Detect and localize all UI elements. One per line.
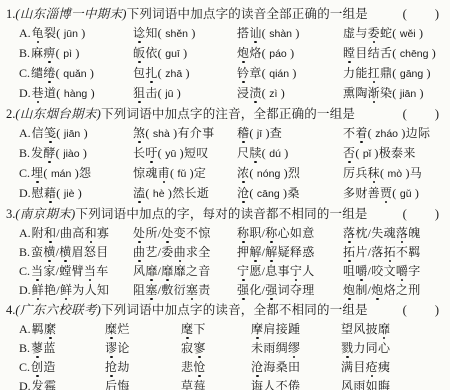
word-item: 蓼蓝 xyxy=(31,341,56,355)
word-item: 慰藉( jiè ) xyxy=(32,186,82,200)
option-label: D. xyxy=(19,86,31,100)
option-cell: 炮制/炮烙之刑 xyxy=(343,281,442,300)
question-header: 4.(广东六校联考)下列词语中加点字的读音，全都不相同的一组是( ) xyxy=(6,301,442,320)
option-cell: 满目疮痍 xyxy=(341,358,442,377)
word-item: 巷道( hàng ) xyxy=(32,86,95,100)
dotted-char: 笺 xyxy=(44,126,56,140)
option-cell: 否( pǐ )极泰来 xyxy=(343,144,442,164)
word-item: 满目疮痍 xyxy=(341,360,390,374)
word-item: 处所/处变不惊 xyxy=(133,226,211,240)
option-cell: C.当家/螳臂当车 xyxy=(19,262,133,281)
option-cell: C.埋( mán )怨 xyxy=(19,164,133,184)
dotted-char: 落 xyxy=(396,226,408,240)
option-row: A.龟裂( jūn )谂知( shěn )搭讪( shàn )虚与委蛇( wěi… xyxy=(6,24,442,44)
option-cell: 押解/解疑释惑 xyxy=(237,243,343,262)
dotted-char: 谬 xyxy=(105,341,117,355)
dotted-char: 强 xyxy=(237,283,249,297)
word-item: 抢劫 xyxy=(105,360,130,374)
dotted-char: 皈 xyxy=(133,46,145,60)
word-item: 糜烂 xyxy=(105,322,130,336)
word-item: 惊魂甫( fǔ )定 xyxy=(133,166,206,180)
dotted-char: 缪 xyxy=(288,341,300,355)
option-row: A.羁縻糜烂麾下摩肩接踵望风披靡 xyxy=(6,320,442,339)
pinyin-text: jī xyxy=(257,128,262,140)
option-label: D. xyxy=(19,379,31,390)
option-row: C.缱绻( quǎn )包扎( zhā )钤章( qián )力能扛鼎( gān… xyxy=(6,64,442,84)
answer-brackets: ( ) xyxy=(403,301,442,320)
question-number: 4. xyxy=(6,301,15,320)
pinyin-text: gǔ xyxy=(400,188,412,200)
dotted-char: 甫 xyxy=(158,166,170,180)
option-cell: 多财善贾( gǔ ) xyxy=(343,184,442,204)
option-cell: 戮力同心 xyxy=(341,339,442,358)
pinyin-text: pì xyxy=(63,48,72,60)
dotted-char: 秣 xyxy=(368,166,380,180)
option-row: B.麻痹( pì )皈依( guī )炮烙( páo )瞠目结舌( chēng … xyxy=(6,44,442,64)
dotted-char: 绻 xyxy=(43,66,55,80)
dotted-char: 宁 xyxy=(290,264,302,278)
option-cell: A.信笺( jiān ) xyxy=(19,124,133,144)
dotted-char: 煞 xyxy=(133,126,145,140)
question-number: 2. xyxy=(6,105,15,124)
pinyin-text: yū xyxy=(165,148,176,160)
answer-brackets: ( ) xyxy=(403,5,442,24)
dotted-char: 藉 xyxy=(44,186,56,200)
dotted-char: 和 xyxy=(85,226,97,240)
word-item: 鲜艳/鲜为人知 xyxy=(32,283,110,297)
word-item: 多财善贾( gǔ ) xyxy=(343,186,419,200)
option-label: D. xyxy=(19,283,31,297)
pinyin-text: cāng xyxy=(257,188,280,200)
dotted-char: 创 xyxy=(31,360,43,374)
word-item: 搭讪( shàn ) xyxy=(237,26,300,40)
dotted-char: 嚼 xyxy=(396,264,408,278)
word-item: 发霉 xyxy=(32,379,57,390)
dotted-char: 霉 xyxy=(44,379,56,390)
dotted-char: 狙 xyxy=(133,86,145,100)
question-header: 2.(山东烟台期末)下列词语中加点字的注音，全都正确的一组是( ) xyxy=(6,105,442,124)
pinyin-text: shàn xyxy=(269,28,292,40)
word-item: 阻塞/敷衍塞责 xyxy=(133,283,211,297)
question-block: 4.(广东六校联考)下列词语中加点字的读音，全都不相同的一组是( )A.羁縻糜烂… xyxy=(6,301,442,390)
dotted-char: 悔 xyxy=(117,379,129,390)
pinyin-text: qián xyxy=(269,68,289,80)
dotted-char: 拓 xyxy=(343,245,355,259)
question-stem: 下列词语中加点字的读音全部正确的一组是 xyxy=(127,5,368,24)
word-item: 押解/解疑释惑 xyxy=(237,245,315,259)
word-item: 溘( hè )然长逝 xyxy=(133,186,209,200)
option-cell: 称职/称心如意 xyxy=(237,224,343,243)
pinyin-text: zì xyxy=(269,88,277,100)
dotted-char: 落 xyxy=(343,226,355,240)
word-item: 尺牍( dú ) xyxy=(237,146,289,160)
option-row: C.埋( mán )怨惊魂甫( fǔ )定浓( nóng )烈厉兵秣( mò )… xyxy=(6,164,442,184)
question-source: (南京期末) xyxy=(15,205,75,224)
dotted-char: 当 xyxy=(31,264,43,278)
word-item: 曲艺/委曲求全 xyxy=(133,245,211,259)
option-label: A. xyxy=(19,322,31,336)
pinyin-text: quǎn xyxy=(63,68,86,80)
dotted-char: 和 xyxy=(44,226,56,240)
dotted-char: 处 xyxy=(161,226,173,240)
dotted-char: 疮 xyxy=(366,360,378,374)
option-cell: 抢劫 xyxy=(105,358,181,377)
option-label: C. xyxy=(19,264,30,278)
option-cell: 沧( cāng )桑 xyxy=(237,184,343,204)
option-cell: 不着( zháo )边际 xyxy=(343,124,442,144)
question-number: 3. xyxy=(6,205,15,224)
word-item: 钤章( qián ) xyxy=(237,66,297,80)
dotted-char: 埋 xyxy=(31,166,43,180)
word-item: 风靡/靡靡之音 xyxy=(133,264,211,278)
word-item: 强化/强词夺理 xyxy=(237,283,315,297)
option-cell: 曲艺/委曲求全 xyxy=(133,243,237,262)
dotted-char: 炮 xyxy=(343,283,355,297)
word-item: 麻痹( pì ) xyxy=(31,46,80,60)
option-cell: 炮烙( páo ) xyxy=(237,44,343,64)
option-row: B.蓼蓝谬论寂寥未雨绸缪戮力同心 xyxy=(6,339,442,358)
word-item: 谂知( shěn ) xyxy=(133,26,196,40)
word-item: 草莓 xyxy=(181,379,206,390)
option-cell: B.发酵( jiào ) xyxy=(19,144,133,164)
question-header: 1.(山东淄博一中期末)下列词语中加点字的读音全部正确的一组是( ) xyxy=(6,5,442,24)
option-cell: D.鲜艳/鲜为人知 xyxy=(19,281,133,300)
pinyin-text: wěi xyxy=(400,28,416,40)
option-cell: 瞠目结舌( chēng ) xyxy=(343,44,442,64)
dotted-char: 曲 xyxy=(174,245,186,259)
option-label: A. xyxy=(19,26,31,40)
dotted-char: 炮 xyxy=(371,283,383,297)
question-block: 2.(山东烟台期末)下列词语中加点字的注音，全都正确的一组是( )A.信笺( j… xyxy=(6,105,442,204)
pinyin-text: dú xyxy=(269,148,281,160)
pinyin-text: gāng xyxy=(400,68,423,80)
option-row: B.蛮横/横眉怒目曲艺/委曲求全押解/解疑释惑拓片/落拓不羁 xyxy=(6,243,442,262)
word-item: 拓片/落拓不羁 xyxy=(343,245,421,259)
option-cell: 搭讪( shàn ) xyxy=(237,24,343,44)
dotted-char: 渐 xyxy=(368,86,380,100)
option-cell: 谂知( shěn ) xyxy=(133,24,237,44)
dotted-char: 靡 xyxy=(161,264,173,278)
word-item: 寂寥 xyxy=(181,341,206,355)
dotted-char: 浓 xyxy=(237,166,249,180)
pinyin-text: jiān xyxy=(64,128,80,140)
pinyin-text: zháo xyxy=(375,128,398,140)
option-cell: 稽( jī )查 xyxy=(237,124,343,144)
dotted-char: 横 xyxy=(43,245,55,259)
pinyin-text: nóng xyxy=(257,168,280,180)
dotted-char: 称 xyxy=(237,226,249,240)
option-cell: 惊魂甫( fǔ )定 xyxy=(133,164,237,184)
word-item: 包扎( zhā ) xyxy=(133,66,190,80)
dotted-char: 沧 xyxy=(237,186,249,200)
pinyin-text: zhā xyxy=(165,68,182,80)
word-item: 风雨如晦 xyxy=(341,379,390,390)
word-item: 炮制/炮烙之刑 xyxy=(343,283,421,297)
dotted-char: 鲜 xyxy=(60,283,72,297)
word-item: 力能扛鼎( gāng ) xyxy=(343,66,431,80)
question-stem: 下列词语中加点字的读音，全都不相同的一组是 xyxy=(101,301,368,320)
option-cell: 煞( shà )有介事 xyxy=(133,124,237,144)
option-cell: 谬论 xyxy=(105,339,181,358)
answer-brackets: ( ) xyxy=(403,205,442,224)
dotted-char: 解 xyxy=(265,245,277,259)
option-cell: 麾下 xyxy=(181,320,251,339)
dotted-char: 酵 xyxy=(43,146,55,160)
word-item: 羁縻 xyxy=(32,322,57,336)
word-item: 稽( jī )查 xyxy=(237,126,282,140)
option-cell: 寂寥 xyxy=(181,339,251,358)
exam-worksheet: 1.(山东淄博一中期末)下列词语中加点字的读音全部正确的一组是( )A.龟裂( … xyxy=(0,0,450,390)
option-cell: 未雨绸缪 xyxy=(251,339,341,358)
word-item: 诲人不倦 xyxy=(251,379,300,390)
pinyin-text: mò xyxy=(388,168,403,180)
word-item: 谬论 xyxy=(105,341,130,355)
dotted-char: 塞 xyxy=(186,283,198,297)
dotted-char: 牍 xyxy=(249,146,261,160)
dotted-char: 溘 xyxy=(133,186,145,200)
option-row: A.附和/曲高和寡处所/处变不惊称职/称心如意落枕/失魂落魄 xyxy=(6,224,442,243)
word-item: 蛮横/横眉怒目 xyxy=(31,245,109,259)
option-cell: 诲人不倦 xyxy=(251,377,341,390)
word-item: 未雨绸缪 xyxy=(251,341,300,355)
word-item: 虚与委蛇( wěi ) xyxy=(343,26,423,40)
word-item: 沧( cāng )桑 xyxy=(237,186,300,200)
dotted-char: 否 xyxy=(343,146,355,160)
dotted-char: 强 xyxy=(265,283,277,297)
option-cell: 风雨如晦 xyxy=(341,377,442,390)
option-cell: 厉兵秣( mò )马 xyxy=(343,164,442,184)
option-cell: A.龟裂( jūn ) xyxy=(19,24,133,44)
dotted-char: 沧 xyxy=(251,360,263,374)
pinyin-text: hè xyxy=(153,188,165,200)
option-cell: 宁愿/息事宁人 xyxy=(237,262,343,281)
question-block: 1.(山东淄博一中期末)下列词语中加点字的读音全部正确的一组是( )A.龟裂( … xyxy=(6,5,442,104)
word-item: 宁愿/息事宁人 xyxy=(237,264,315,278)
option-label: B. xyxy=(19,245,30,259)
pinyin-text: pǐ xyxy=(363,148,371,160)
dotted-char: 贾 xyxy=(380,186,392,200)
word-item: 悲怆 xyxy=(181,360,206,374)
option-row: C.创造抢劫悲怆沧海桑田满目疮痍 xyxy=(6,358,442,377)
dotted-char: 宁 xyxy=(237,264,249,278)
dotted-char: 横 xyxy=(59,245,71,259)
dotted-char: 抢 xyxy=(105,360,117,374)
answer-brackets: ( ) xyxy=(403,105,442,124)
dotted-char: 讪 xyxy=(249,26,261,40)
word-item: 煞( shà )有介事 xyxy=(133,126,214,140)
option-cell: 熏陶渐染( jiān ) xyxy=(343,84,442,104)
option-label: B. xyxy=(19,146,30,160)
option-cell: D.发霉 xyxy=(19,377,105,390)
dotted-char: 龟 xyxy=(32,26,44,40)
word-item: 当家/螳臂当车 xyxy=(31,264,109,278)
question-header: 3.(南京期末)下列词语中加点的字，每对的读音都不相同的一组是( ) xyxy=(6,205,442,224)
word-item: 皈依( guī ) xyxy=(133,46,187,60)
option-cell: 虚与委蛇( wěi ) xyxy=(343,24,442,44)
option-row: D.鲜艳/鲜为人知阻塞/敷衍塞责强化/强词夺理炮制/炮烙之刑 xyxy=(6,281,442,300)
word-item: 后悔 xyxy=(105,379,130,390)
dotted-char: 嚼 xyxy=(355,264,367,278)
dotted-char: 扛 xyxy=(368,66,380,80)
option-row: D.慰藉( jiè )溘( hè )然长逝沧( cāng )桑多财善贾( gǔ … xyxy=(6,184,442,204)
pinyin-text: shà xyxy=(153,128,170,140)
option-row: A.信笺( jiān )煞( shà )有介事稽( jī )查不着( zháo … xyxy=(6,124,442,144)
option-cell: 悲怆 xyxy=(181,358,251,377)
option-cell: 草莓 xyxy=(181,377,251,390)
dotted-char: 钤 xyxy=(237,66,249,80)
question-stem: 下列词语中加点的字，每对的读音都不相同的一组是 xyxy=(76,205,368,224)
option-cell: 处所/处变不惊 xyxy=(133,224,237,243)
word-item: 龟裂( jūn ) xyxy=(32,26,86,40)
question-number: 1. xyxy=(6,5,15,24)
pinyin-text: jiè xyxy=(64,188,75,200)
dotted-char: 麾 xyxy=(181,322,193,336)
dotted-char: 靡 xyxy=(145,264,157,278)
dotted-char: 靡 xyxy=(378,322,390,336)
pinyin-text: páo xyxy=(269,48,287,60)
pinyin-text: guī xyxy=(165,48,180,60)
word-item: 摩肩接踵 xyxy=(251,322,300,336)
option-cell: 糜烂 xyxy=(105,320,181,339)
pinyin-text: jūn xyxy=(64,28,78,40)
option-row: C.当家/螳臂当车风靡/靡靡之音宁愿/息事宁人咀嚼/咬文嚼字 xyxy=(6,262,442,281)
pinyin-text: jiān xyxy=(400,88,416,100)
pinyin-text: mán xyxy=(51,168,71,180)
word-item: 称职/称心如意 xyxy=(237,226,315,240)
word-item: 瞠目结舌( chēng ) xyxy=(343,46,436,60)
dotted-char: 縻 xyxy=(44,322,56,336)
option-cell: 沧海桑田 xyxy=(251,358,341,377)
option-cell: 包扎( zhā ) xyxy=(133,64,237,84)
question-source: (山东淄博一中期末) xyxy=(15,5,126,24)
option-cell: 摩肩接踵 xyxy=(251,320,341,339)
question-block: 3.(南京期末)下列词语中加点的字，每对的读音都不相同的一组是( )A.附和/曲… xyxy=(6,205,442,300)
word-item: 信笺( jiān ) xyxy=(32,126,88,140)
question-source: (广东六校联考) xyxy=(15,301,101,320)
option-cell: 尺牍( dú ) xyxy=(237,144,343,164)
option-cell: 咀嚼/咬文嚼字 xyxy=(343,262,442,281)
option-cell: 拓片/落拓不羁 xyxy=(343,243,442,262)
option-row: D.巷道( hàng )狙击( jū )浸渍( zì )熏陶渐染( jiān ) xyxy=(6,84,442,104)
option-cell: B.麻痹( pì ) xyxy=(19,44,133,64)
option-label: C. xyxy=(19,166,30,180)
word-item: 戮力同心 xyxy=(341,341,390,355)
option-cell: 强化/强词夺理 xyxy=(237,281,343,300)
dotted-char: 蓼 xyxy=(31,341,43,355)
pinyin-text: jiào xyxy=(63,148,79,160)
word-item: 创造 xyxy=(31,360,56,374)
dotted-char: 当 xyxy=(84,264,96,278)
dotted-char: 巷 xyxy=(32,86,44,100)
option-label: A. xyxy=(19,226,31,240)
dotted-char: 糜 xyxy=(105,322,117,336)
question-stem: 下列词语中加点字的注音，全都正确的一组是 xyxy=(101,105,355,124)
option-cell: B.蓼蓝 xyxy=(19,339,105,358)
dotted-char: 怆 xyxy=(193,360,205,374)
word-item: 落枕/失魂落魄 xyxy=(343,226,421,240)
word-item: 缱绻( quǎn ) xyxy=(31,66,94,80)
dotted-char: 莓 xyxy=(193,379,205,390)
option-label: B. xyxy=(19,46,30,60)
option-cell: D.慰藉( jiè ) xyxy=(19,184,133,204)
dotted-char: 解 xyxy=(249,245,261,259)
option-cell: 落枕/失魂落魄 xyxy=(343,224,442,243)
dotted-char: 塞 xyxy=(145,283,157,297)
dotted-char: 寥 xyxy=(193,341,205,355)
option-cell: 风靡/靡靡之音 xyxy=(133,262,237,281)
option-cell: 钤章( qián ) xyxy=(237,64,343,84)
word-item: 埋( mán )怨 xyxy=(31,166,91,180)
dotted-char: 谂 xyxy=(133,26,145,40)
option-cell: C.创造 xyxy=(19,358,105,377)
option-cell: D.巷道( hàng ) xyxy=(19,84,133,104)
option-cell: 浓( nóng )烈 xyxy=(237,164,343,184)
option-cell: 长吁( yū )短叹 xyxy=(133,144,237,164)
word-item: 附和/曲高和寡 xyxy=(32,226,110,240)
pinyin-text: chēng xyxy=(400,48,429,60)
pinyin-text: fǔ xyxy=(178,168,187,180)
dotted-char: 晦 xyxy=(378,379,390,390)
dotted-char: 戮 xyxy=(341,341,353,355)
dotted-char: 处 xyxy=(133,226,145,240)
pinyin-text: jū xyxy=(165,88,173,100)
option-cell: 力能扛鼎( gāng ) xyxy=(343,64,442,84)
option-cell: A.羁縻 xyxy=(19,320,105,339)
option-row: D.发霉后悔草莓诲人不倦风雨如晦 xyxy=(6,377,442,390)
question-source: (山东烟台期末) xyxy=(15,105,101,124)
option-cell: C.缱绻( quǎn ) xyxy=(19,64,133,84)
option-cell: 狙击( jū ) xyxy=(133,84,237,104)
word-item: 浓( nóng )烈 xyxy=(237,166,300,180)
word-item: 麾下 xyxy=(181,322,206,336)
dotted-char: 吁 xyxy=(145,146,157,160)
dotted-char: 扎 xyxy=(145,66,157,80)
dotted-char: 瞠 xyxy=(343,46,355,60)
option-label: A. xyxy=(19,126,31,140)
dotted-char: 称 xyxy=(265,226,277,240)
dotted-char: 渍 xyxy=(249,86,261,100)
dotted-char: 着 xyxy=(355,126,367,140)
dotted-char: 稽 xyxy=(237,126,249,140)
option-cell: 溘( hè )然长逝 xyxy=(133,184,237,204)
word-item: 沧海桑田 xyxy=(251,360,300,374)
word-item: 发酵( jiào ) xyxy=(31,146,87,160)
dotted-char: 曲 xyxy=(133,245,145,259)
option-cell: 望风披靡 xyxy=(341,320,442,339)
dotted-char: 拓 xyxy=(384,245,396,259)
dotted-char: 摩 xyxy=(251,322,263,336)
option-cell: B.蛮横/横眉怒目 xyxy=(19,243,133,262)
word-item: 炮烙( páo ) xyxy=(237,46,294,60)
pinyin-text: shěn xyxy=(165,28,188,40)
option-label: B. xyxy=(19,341,30,355)
option-cell: 浸渍( zì ) xyxy=(237,84,343,104)
option-cell: A.附和/曲高和寡 xyxy=(19,224,133,243)
option-label: D. xyxy=(19,186,31,200)
word-item: 狙击( jū ) xyxy=(133,86,181,100)
word-item: 厉兵秣( mò )马 xyxy=(343,166,422,180)
option-cell: 后悔 xyxy=(105,377,181,390)
word-item: 浸渍( zì ) xyxy=(237,86,285,100)
option-cell: 皈依( guī ) xyxy=(133,44,237,64)
dotted-char: 炮 xyxy=(237,46,249,60)
option-cell: 阻塞/敷衍塞责 xyxy=(133,281,237,300)
word-item: 熏陶渐染( jiān ) xyxy=(343,86,424,100)
word-item: 否( pǐ )极泰来 xyxy=(343,146,416,160)
dotted-char: 诲 xyxy=(251,379,263,390)
dotted-char: 委 xyxy=(368,26,380,40)
word-item: 不着( zháo )边际 xyxy=(343,126,430,140)
